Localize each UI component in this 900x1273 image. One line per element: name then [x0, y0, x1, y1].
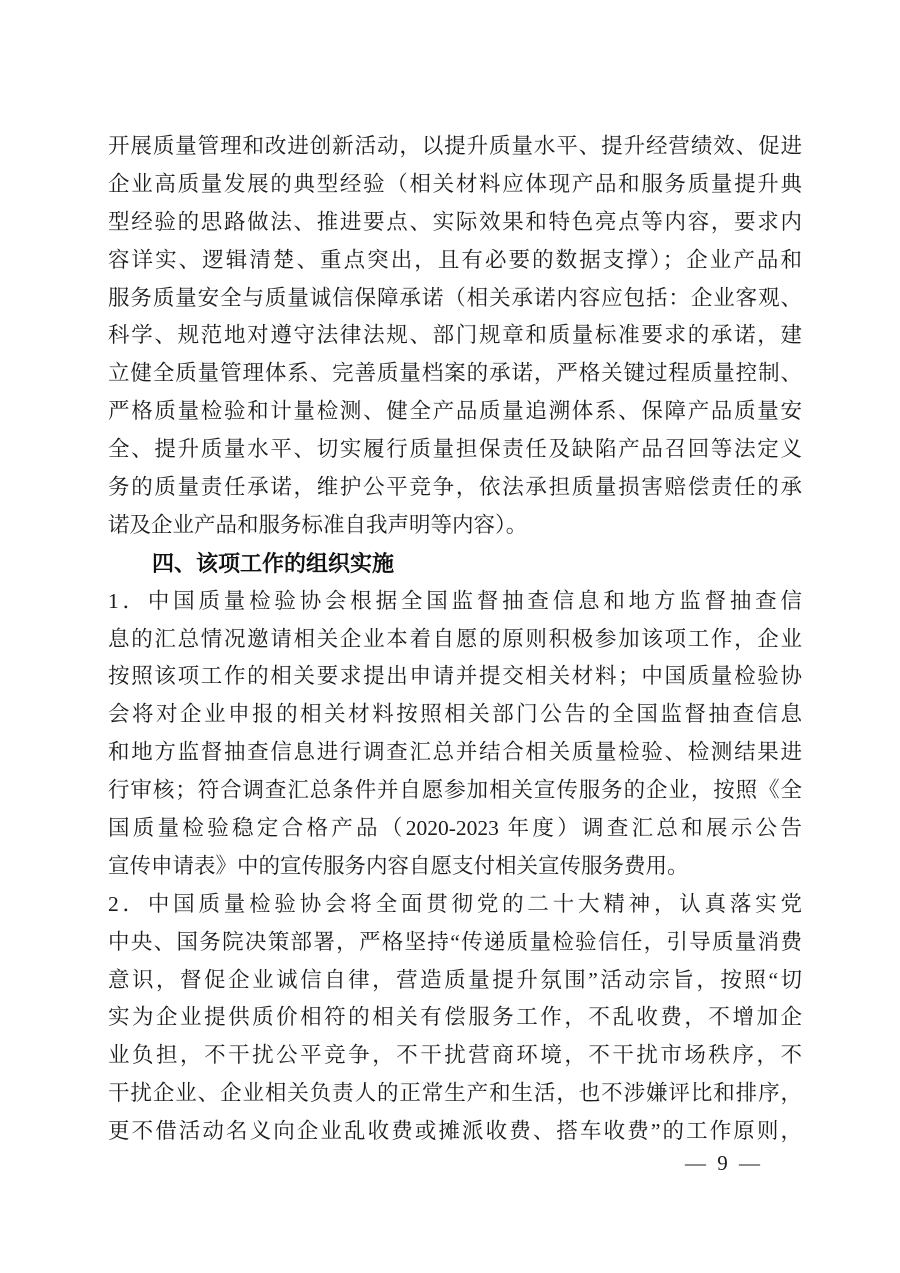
- text-line: 业负担，不干扰公平竞争，不干扰营商环境，不干扰市场秩序，不: [108, 1037, 802, 1075]
- text-line: 科学、规范地对遵守法律法规、部门规章和质量标准要求的承诺，建: [108, 317, 802, 355]
- text-line: 实为企业提供质价相符的相关有偿服务工作，不乱收费，不增加企: [108, 999, 802, 1037]
- text-line: 干扰企业、企业相关负责人的正常生产和生活，也不涉嫌评比和排序，: [108, 1075, 802, 1113]
- text-line: 会将对企业申报的相关材料按照相关部门公告的全国监督抽查信息: [108, 696, 802, 734]
- text-line: 企业高质量发展的典型经验（相关材料应体现产品和服务质量提升典: [108, 166, 802, 204]
- text-line: 全、提升质量水平、切实履行质量担保责任及缺陷产品召回等法定义: [108, 431, 802, 469]
- text-line: 按照该项工作的相关要求提出申请并提交相关材料；中国质量检验协: [108, 658, 802, 696]
- text-line: 宣传申请表》中的宣传服务内容自愿支付相关宣传服务费用。: [108, 848, 802, 886]
- text-line: 中央、国务院决策部署，严格坚持“传递质量检验信任，引导质量消费: [108, 924, 802, 962]
- text-line: 息的汇总情况邀请相关企业本着自愿的原则积极参加该项工作，企业: [108, 621, 802, 659]
- paragraph-1: 1．中国质量检验协会根据全国监督抽查信息和地方监督抽查信息的汇总情况邀请相关企业…: [108, 583, 802, 886]
- text-line: 行审核；符合调查汇总条件并自愿参加相关宣传服务的企业，按照《全: [108, 772, 802, 810]
- text-line: 诺及企业产品和服务标准自我声明等内容）。: [108, 507, 802, 545]
- text-line: 更不借活动名义向企业乱收费或摊派收费、搭车收费”的工作原则，: [108, 1113, 802, 1151]
- text-line: 立健全质量管理体系、完善质量档案的承诺，严格关键过程质量控制、: [108, 355, 802, 393]
- text-line: 2．中国质量检验协会将全面贯彻党的二十大精神，认真落实党: [108, 886, 802, 924]
- text-line: 意识，督促企业诚信自律，营造质量提升氛围”活动宗旨，按照“切: [108, 962, 802, 1000]
- paragraph-continuation: 开展质量管理和改进创新活动，以提升质量水平、提升经营绩效、促进企业高质量发展的典…: [108, 128, 802, 545]
- text-line: 务的质量责任承诺，维护公平竞争，依法承担质量损害赔偿责任的承: [108, 469, 802, 507]
- text-line: 严格质量检验和计量检测、健全产品质量追溯体系、保障产品质量安: [108, 393, 802, 431]
- document-body: 开展质量管理和改进创新活动，以提升质量水平、提升经营绩效、促进企业高质量发展的典…: [108, 128, 802, 1151]
- text-line: 国质量检验稳定合格产品（2020-2023 年度）调查汇总和展示公告: [108, 810, 802, 848]
- text-line: 容详实、逻辑清楚、重点突出，且有必要的数据支撑）；企业产品和: [108, 242, 802, 280]
- section-heading: 四、该项工作的组织实施: [108, 545, 802, 583]
- text-line: 开展质量管理和改进创新活动，以提升质量水平、提升经营绩效、促进: [108, 128, 802, 166]
- text-line: 1．中国质量检验协会根据全国监督抽查信息和地方监督抽查信: [108, 583, 802, 621]
- text-line: 服务质量安全与质量诚信保障承诺（相关承诺内容应包括：企业客观、: [108, 280, 802, 318]
- paragraph-2: 2．中国质量检验协会将全面贯彻党的二十大精神，认真落实党中央、国务院决策部署，严…: [108, 886, 802, 1151]
- text-line: 型经验的思路做法、推进要点、实际效果和特色亮点等内容，要求内: [108, 204, 802, 242]
- document-page: 开展质量管理和改进创新活动，以提升质量水平、提升经营绩效、促进企业高质量发展的典…: [0, 0, 900, 1273]
- page-number: — 9 —: [685, 1150, 763, 1176]
- text-line: 和地方监督抽查信息进行调查汇总并结合相关质量检验、检测结果进: [108, 734, 802, 772]
